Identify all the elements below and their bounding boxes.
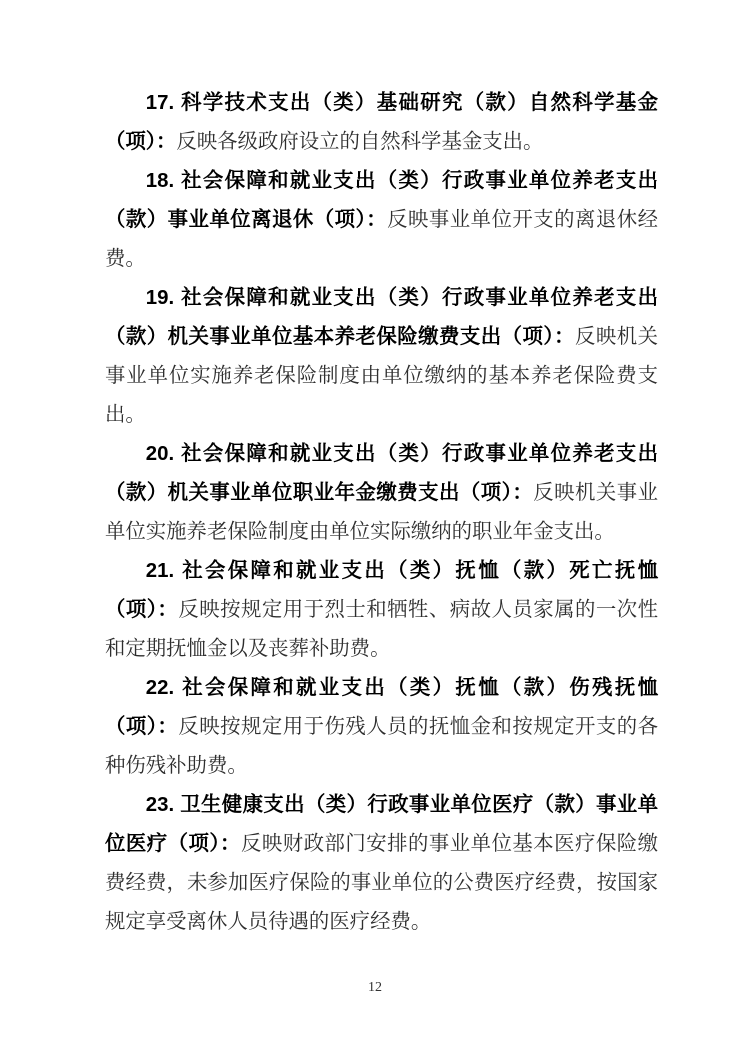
clause-17-text: 反映各级政府设立的自然科学基金支出。 — [176, 131, 543, 153]
clause-22: 22. 社会保障和就业支出（类）抚恤（款）伤残抚恤（项）：反映按规定用于伤残人员… — [105, 669, 658, 786]
page-number: 12 — [368, 980, 382, 995]
document-page: 17. 科学技术支出（类）基础研究（款）自然科学基金（项）：反映各级政府设立的自… — [0, 0, 750, 1061]
clause-21: 21. 社会保障和就业支出（类）抚恤（款）死亡抚恤（项）：反映按规定用于烈士和牺… — [105, 552, 658, 669]
clause-20: 20. 社会保障和就业支出（类）行政事业单位养老支出（款）机关事业单位职业年金缴… — [105, 435, 658, 552]
clause-23: 23. 卫生健康支出（类）行政事业单位医疗（款）事业单位医疗（项）：反映财政部门… — [105, 786, 658, 942]
clause-18: 18. 社会保障和就业支出（类）行政事业单位养老支出（款）事业单位离退休（项）：… — [105, 162, 658, 279]
clause-21-text: 反映按规定用于烈士和牺牲、病故人员家属的一次性和定期抚恤金以及丧葬补助费。 — [105, 599, 658, 660]
clause-22-text: 反映按规定用于伤残人员的抚恤金和按规定开支的各种伤残补助费。 — [105, 716, 658, 777]
document-body: 17. 科学技术支出（类）基础研究（款）自然科学基金（项）：反映各级政府设立的自… — [105, 84, 658, 942]
clause-17: 17. 科学技术支出（类）基础研究（款）自然科学基金（项）：反映各级政府设立的自… — [105, 84, 658, 162]
page-footer: 12 — [0, 978, 750, 996]
clause-19: 19. 社会保障和就业支出（类）行政事业单位养老支出（款）机关事业单位基本养老保… — [105, 279, 658, 435]
